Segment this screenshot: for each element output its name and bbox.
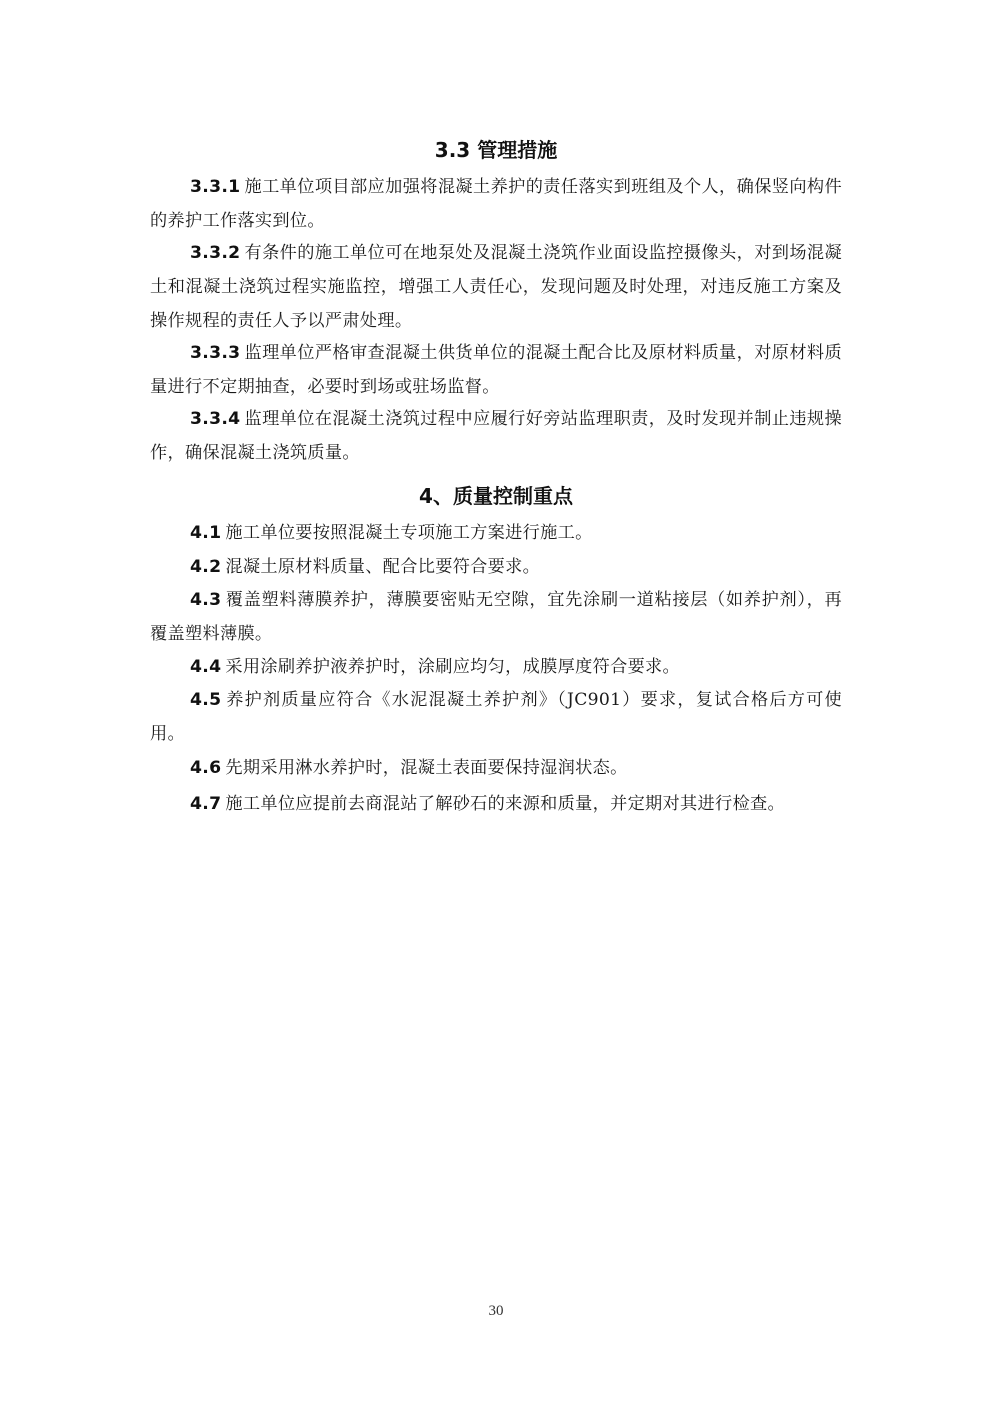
clause-text: 有条件的施工单位可在地泵处及混凝土浇筑作业面设监控摄像头，对到场混凝土和混凝土浇… xyxy=(150,243,842,331)
clause-text: 先期采用淋水养护时，混凝土表面要保持湿润状态。 xyxy=(225,758,627,778)
clause-number: 4.1 xyxy=(190,523,221,543)
clause-number: 3.3.3 xyxy=(190,343,240,363)
paragraph-4-7: 4.7施工单位应提前去商混站了解砂石的来源和质量，并定期对其进行检查。 xyxy=(150,785,842,823)
clause-text: 施工单位要按照混凝土专项施工方案进行施工。 xyxy=(225,523,592,543)
paragraph-4-5: 4.5养护剂质量应符合《水泥混凝土养护剂》（JC901）要求，复试合格后方可使用… xyxy=(150,683,842,751)
clause-number: 3.3.4 xyxy=(190,409,240,429)
paragraph-4-2: 4.2混凝土原材料质量、配合比要符合要求。 xyxy=(150,550,842,584)
paragraph-3-3-3: 3.3.3监理单位严格审查混凝土供货单位的混凝土配合比及原材料质量，对原材料质量… xyxy=(150,336,842,404)
paragraph-3-3-1: 3.3.1施工单位项目部应加强将混凝土养护的责任落实到班组及个人，确保竖向构件的… xyxy=(150,170,842,238)
clause-number: 4.2 xyxy=(190,557,221,577)
paragraph-4-6: 4.6先期采用淋水养护时，混凝土表面要保持湿润状态。 xyxy=(150,751,842,785)
page-number: 30 xyxy=(0,1303,992,1320)
section-heading-4: 4、质量控制重点 xyxy=(150,482,842,510)
document-page: 3.3 管理措施 3.3.1施工单位项目部应加强将混凝土养护的责任落实到班组及个… xyxy=(0,0,992,1403)
clause-text: 监理单位在混凝土浇筑过程中应履行好旁站监理职责，及时发现并制止违规操作，确保混凝… xyxy=(150,409,842,463)
section-heading-3-3: 3.3 管理措施 xyxy=(150,136,842,164)
paragraph-3-3-2: 3.3.2有条件的施工单位可在地泵处及混凝土浇筑作业面设监控摄像头，对到场混凝土… xyxy=(150,236,842,338)
clause-number: 3.3.2 xyxy=(190,243,240,263)
clause-text: 混凝土原材料质量、配合比要符合要求。 xyxy=(225,557,540,577)
paragraph-4-3: 4.3覆盖塑料薄膜养护，薄膜要密贴无空隙，宜先涂刷一道粘接层（如养护剂），再覆盖… xyxy=(150,583,842,651)
paragraph-4-1: 4.1施工单位要按照混凝土专项施工方案进行施工。 xyxy=(150,516,842,550)
clause-number: 4.5 xyxy=(190,690,221,710)
clause-text: 养护剂质量应符合《水泥混凝土养护剂》（JC901）要求，复试合格后方可使用。 xyxy=(150,690,842,744)
clause-text: 监理单位严格审查混凝土供货单位的混凝土配合比及原材料质量，对原材料质量进行不定期… xyxy=(150,343,842,397)
paragraph-4-4: 4.4采用涂刷养护液养护时，涂刷应均匀，成膜厚度符合要求。 xyxy=(150,650,842,684)
clause-text: 覆盖塑料薄膜养护，薄膜要密贴无空隙，宜先涂刷一道粘接层（如养护剂），再覆盖塑料薄… xyxy=(150,590,842,644)
clause-number: 4.6 xyxy=(190,758,221,778)
paragraph-3-3-4: 3.3.4监理单位在混凝土浇筑过程中应履行好旁站监理职责，及时发现并制止违规操作… xyxy=(150,402,842,470)
clause-text: 采用涂刷养护液养护时，涂刷应均匀，成膜厚度符合要求。 xyxy=(225,657,680,677)
clause-number: 4.3 xyxy=(190,590,221,610)
clause-number: 4.7 xyxy=(190,794,221,814)
clause-number: 4.4 xyxy=(190,657,221,677)
clause-number: 3.3.1 xyxy=(190,177,240,197)
clause-text: 施工单位应提前去商混站了解砂石的来源和质量，并定期对其进行检查。 xyxy=(225,794,785,814)
clause-text: 施工单位项目部应加强将混凝土养护的责任落实到班组及个人，确保竖向构件的养护工作落… xyxy=(150,177,842,231)
